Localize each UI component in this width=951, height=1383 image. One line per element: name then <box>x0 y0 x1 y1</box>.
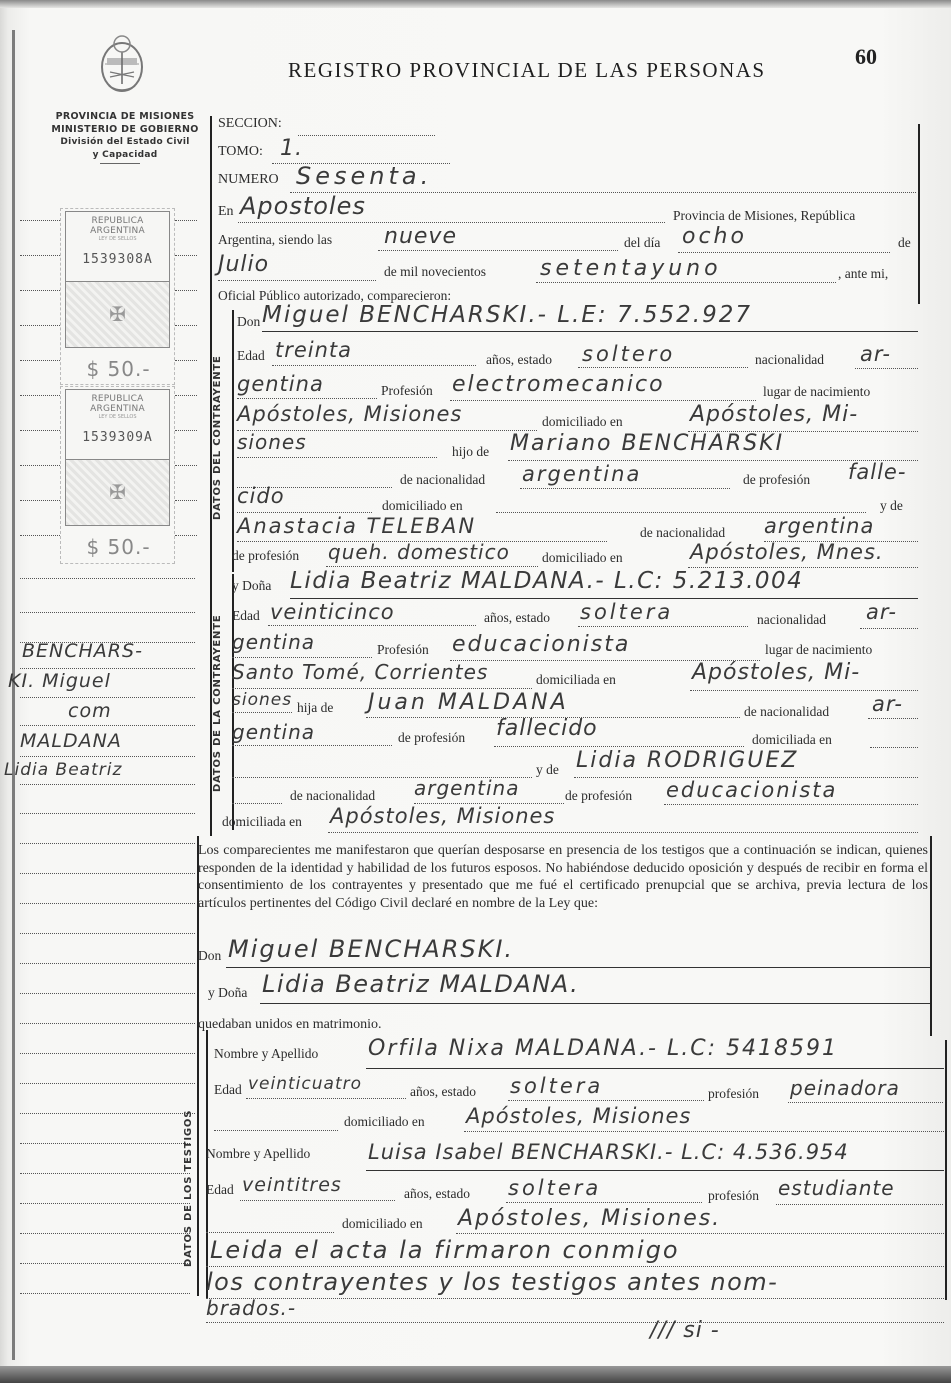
groom-section-label: DATOS DEL CONTRAYENTE <box>212 355 223 520</box>
groom-mother-prof: queh. domestico <box>328 540 510 564</box>
matrimony-closing: quedaban unidos en matrimonio. <box>198 1017 382 1033</box>
declaration-bride-underline <box>260 1003 930 1004</box>
issuer-capacity: y Capacidad <box>40 149 210 162</box>
witness-1-profesion: peinadora <box>790 1076 900 1100</box>
declaration-bride-name: Lidia Beatriz MALDANA. <box>262 970 579 998</box>
closing-line: Leida el acta la firmaron conmigo <box>210 1236 680 1264</box>
tomo-label: TOMO: <box>218 144 263 160</box>
seccion-label: SECCION: <box>218 116 282 132</box>
bride-domicilio-1: Apóstoles, Mi- <box>692 660 860 685</box>
closing-line: brados.- <box>206 1296 296 1320</box>
groom-section-border <box>232 310 234 572</box>
witness-dom-label: domiciliado en <box>342 1216 423 1232</box>
del-dia-label: del día <box>624 235 660 251</box>
groom-father: Mariano BENCHARSKI <box>510 431 784 456</box>
place-field[interactable] <box>238 222 665 223</box>
stamp-emblem-icon: ✠ <box>66 459 169 525</box>
bride-name: Lidia Beatriz MALDANA.- L.C: 5.213.004 <box>290 568 803 594</box>
witness-2-domicilio: Apóstoles, Misiones. <box>458 1206 721 1231</box>
issuer-block: PROVINCIA DE MISIONES MINISTERIO DE GOBI… <box>40 110 210 162</box>
stamp-emblem-icon: ✠ <box>66 281 169 347</box>
father-prof-label: de profesión <box>398 730 465 746</box>
bride-mother: Lidia RODRIGUEZ <box>576 748 798 773</box>
closing-line: los contrayentes y los testigos antes no… <box>206 1268 778 1296</box>
witness-profesion-label: profesión <box>708 1086 759 1102</box>
lugar-label: lugar de nacimiento <box>765 642 872 658</box>
groom-domicilio-2: siones <box>237 430 307 454</box>
witness-2-estado: soltera <box>508 1176 601 1200</box>
witness-2-age: veintitres <box>242 1174 342 1196</box>
numero-field[interactable] <box>290 192 916 193</box>
book-binding-edge <box>12 30 15 1360</box>
year-value: setentayuno <box>540 256 722 281</box>
bride-nac-2: gentina <box>232 630 315 654</box>
bride-lugar-field[interactable] <box>232 688 532 689</box>
groom-father-prof-2: cido <box>237 484 285 508</box>
stamp-frame: REPUBLICA ARGENTINA LEY DE SELLOS 153930… <box>65 211 170 348</box>
province-text: Provincia de Misiones, República <box>673 208 855 224</box>
scan-shadow-bottom <box>0 1366 951 1383</box>
witness-edad-label: Edad <box>206 1182 234 1198</box>
bride-father-nac-2: gentina <box>232 720 315 744</box>
witness-right-border <box>945 1040 947 1300</box>
stamp-frame: REPUBLICA ARGENTINA LEY DE SELLOS 153930… <box>65 389 170 526</box>
groom-lugar: Apóstoles, Misiones <box>237 402 462 426</box>
don-label: Don <box>198 948 221 964</box>
witness-profesion-label: profesión <box>708 1188 759 1204</box>
hija-label: hija de <box>297 700 333 716</box>
mother-nac-label: de nacionalidad <box>640 525 725 541</box>
declaration-groom-underline <box>226 967 930 968</box>
bride-section-label: DATOS DE LA CONTRAYENTE <box>212 615 223 792</box>
witness-2-age-field[interactable] <box>240 1200 395 1201</box>
groom-mother-dom: Apóstoles, Mnes. <box>690 540 884 564</box>
profesion-label: Profesión <box>381 383 433 399</box>
bride-father-nac-1: ar- <box>872 692 903 716</box>
father-dom-label: domiciliado en <box>382 498 463 514</box>
year-label: de mil novecientos <box>384 264 486 280</box>
groom-profesion-field[interactable] <box>450 400 756 401</box>
groom-mother: Anastacia TELEBAN <box>237 514 476 538</box>
month-field[interactable] <box>218 280 376 281</box>
argentina-text: Argentina, siendo las <box>218 232 332 248</box>
scan-shadow-top <box>0 0 951 8</box>
mother-dom-label: domiciliada en <box>222 814 302 830</box>
stamp-serial: 1539308A <box>66 242 169 281</box>
groom-estado: soltero <box>582 342 675 366</box>
groom-profesion: electromecanico <box>452 372 665 397</box>
dona-label: y Doña <box>232 578 271 594</box>
witness-2-name: Luisa Isabel BENCHARSKI.- L.C: 4.536.954 <box>368 1140 849 1164</box>
bride-father-dom-field[interactable] <box>870 747 918 748</box>
footer-mark: /// si - <box>650 1318 720 1343</box>
margin-note-line: KI. Miguel <box>8 670 111 692</box>
day-value: ocho <box>682 224 747 249</box>
issuer-division: División del Estado Civil <box>40 136 210 149</box>
witness-1-domicilio: Apóstoles, Misiones <box>466 1104 691 1128</box>
witness-1-estado: soltera <box>510 1074 603 1098</box>
bride-mother-nac: argentina <box>414 776 519 800</box>
bride-estado: soltera <box>580 600 673 624</box>
month-value: Julio <box>218 252 269 277</box>
place-value: Apostoles <box>240 192 366 220</box>
stamp-country: REPUBLICA ARGENTINA <box>66 212 169 236</box>
profesion-label: Profesión <box>377 642 429 658</box>
father-nac-label: de nacionalidad <box>400 472 485 488</box>
numero-label: NUMERO <box>218 172 279 188</box>
dona-label: y Doña <box>208 985 247 1001</box>
anos-estado-label: años, estado <box>486 352 552 368</box>
witness-2-underline <box>366 1170 944 1171</box>
numero-value: Sesenta. <box>296 162 432 190</box>
stamp-country: REPUBLICA ARGENTINA <box>66 390 169 414</box>
witness-1-estado-field[interactable] <box>508 1100 704 1101</box>
en-label: En <box>218 204 234 220</box>
groom-nac-2: gentina <box>237 372 324 396</box>
main-frame-right-border <box>918 124 920 304</box>
witness-estado-label: años, estado <box>404 1186 470 1202</box>
tomo-value: 1. <box>280 136 303 161</box>
y-de-label: y de <box>536 762 559 778</box>
groom-father-prof-1: falle- <box>848 460 906 484</box>
groom-mother-nac: argentina <box>764 514 874 538</box>
bride-lugar: Santo Tomé, Corrientes <box>232 660 488 684</box>
margin-note-line: Lidia Beatriz <box>4 760 122 780</box>
y-de-label: y de <box>880 498 903 514</box>
witness-section-label: DATOS DE LOS TESTIGOS <box>183 1110 194 1267</box>
issuer-underline <box>100 163 140 164</box>
day-field[interactable] <box>678 252 890 253</box>
bride-age-field[interactable] <box>268 625 476 626</box>
bride-age: veinticinco <box>270 600 395 624</box>
witness-2-profesion: estudiante <box>778 1176 895 1200</box>
groom-domicilio-1: Apóstoles, Mi- <box>690 402 858 427</box>
groom-father-nac: argentina <box>522 462 641 486</box>
stamp-serial: 1539309A <box>66 420 169 459</box>
domiciliada-label: domiciliada en <box>536 672 616 688</box>
tax-stamp: REPUBLICA ARGENTINA LEY DE SELLOS 153930… <box>60 208 175 385</box>
bride-profesion: educacionista <box>452 632 630 657</box>
witness-1-underline <box>366 1068 944 1069</box>
mother-prof-label: de profesión <box>232 548 299 564</box>
anos-estado-label: años, estado <box>484 610 550 626</box>
groom-nac-1: ar- <box>860 342 891 366</box>
witness-edad-label: Edad <box>214 1082 242 1098</box>
nacionalidad-label: nacionalidad <box>757 612 826 628</box>
bride-name-underline <box>290 598 918 599</box>
bride-estado-field[interactable] <box>578 626 748 627</box>
registry-page: PROVINCIA DE MISIONES MINISTERIO DE GOBI… <box>0 0 951 1383</box>
lugar-label: lugar de nacimiento <box>763 384 870 400</box>
don-label: Don <box>237 314 260 330</box>
witness-1-age: veinticuatro <box>248 1074 362 1094</box>
bride-mother-prof: educacionista <box>666 778 837 802</box>
ante-mi-text: , ante mi, <box>838 266 888 282</box>
groom-estado-field[interactable] <box>578 367 748 368</box>
witness-name-label: Nombre y Apellido <box>214 1046 318 1062</box>
hour-value: nueve <box>384 224 457 249</box>
issuer-province: PROVINCIA DE MISIONES <box>40 110 210 123</box>
mother-dom-label: domiciliado en <box>542 550 623 566</box>
groom-age: treinta <box>275 338 352 362</box>
declaration-paragraph: Los comparecientes me manifestaron que q… <box>198 842 928 912</box>
domiciliado-label: domiciliado en <box>542 414 623 430</box>
folio-number: 60 <box>855 44 877 70</box>
witness-2-estado-field[interactable] <box>506 1202 702 1203</box>
witness-dom-label: domiciliado en <box>344 1114 425 1130</box>
page-title: REGISTRO PROVINCIAL DE LAS PERSONAS <box>288 58 766 83</box>
nacionalidad-label: nacionalidad <box>755 352 824 368</box>
groom-name-underline <box>262 331 918 332</box>
hijo-label: hijo de <box>452 444 489 460</box>
witness-1-age-field[interactable] <box>246 1098 406 1099</box>
father-nac-label: de nacionalidad <box>744 704 829 720</box>
witness-1-name: Orfila Nixa MALDANA.- L.C: 5418591 <box>368 1036 838 1061</box>
groom-name: Miguel BENCHARSKI.- L.E: 7.552.927 <box>262 302 752 328</box>
witness-estado-label: años, estado <box>410 1084 476 1100</box>
margin-note-line: com <box>68 700 112 722</box>
seccion-field[interactable] <box>298 135 435 136</box>
groom-age-field[interactable] <box>272 365 476 366</box>
margin-note-line: MALDANA <box>20 730 122 752</box>
mother-prof-label: de profesión <box>565 788 632 804</box>
hour-field[interactable] <box>378 250 618 251</box>
witness-section-border <box>206 1030 208 1298</box>
groom-father-dom-field[interactable] <box>496 512 866 513</box>
bride-nac-1: ar- <box>866 600 897 624</box>
declaration-groom-name: Miguel BENCHARSKI. <box>228 935 514 963</box>
mother-nac-label: de nacionalidad <box>290 788 375 804</box>
lower-frame-right-border <box>930 836 932 1036</box>
tax-stamp: REPUBLICA ARGENTINA LEY DE SELLOS 153930… <box>60 386 175 564</box>
edad-label: Edad <box>237 348 265 364</box>
bride-domicilio-2: siones <box>232 690 292 710</box>
issuer-ministry: MINISTERIO DE GOBIERNO <box>40 123 210 136</box>
margin-note-line: BENCHARS- <box>22 640 143 662</box>
witness-name-label: Nombre y Apellido <box>206 1146 310 1162</box>
bride-father-prof: fallecido <box>496 716 598 741</box>
father-prof-label: de profesión <box>743 472 810 488</box>
edad-label: Edad <box>232 608 260 624</box>
year-field[interactable] <box>536 282 836 283</box>
stamp-value: $ 50.- <box>61 535 176 559</box>
bride-mother-dom: Apóstoles, Misiones <box>330 804 555 828</box>
bride-father: Juan MALDANA <box>368 690 569 715</box>
coat-of-arms-icon <box>97 32 147 94</box>
de-label: de <box>898 235 911 251</box>
stamp-value: $ 50.- <box>61 357 176 381</box>
father-dom-label: domiciliada en <box>752 732 832 748</box>
